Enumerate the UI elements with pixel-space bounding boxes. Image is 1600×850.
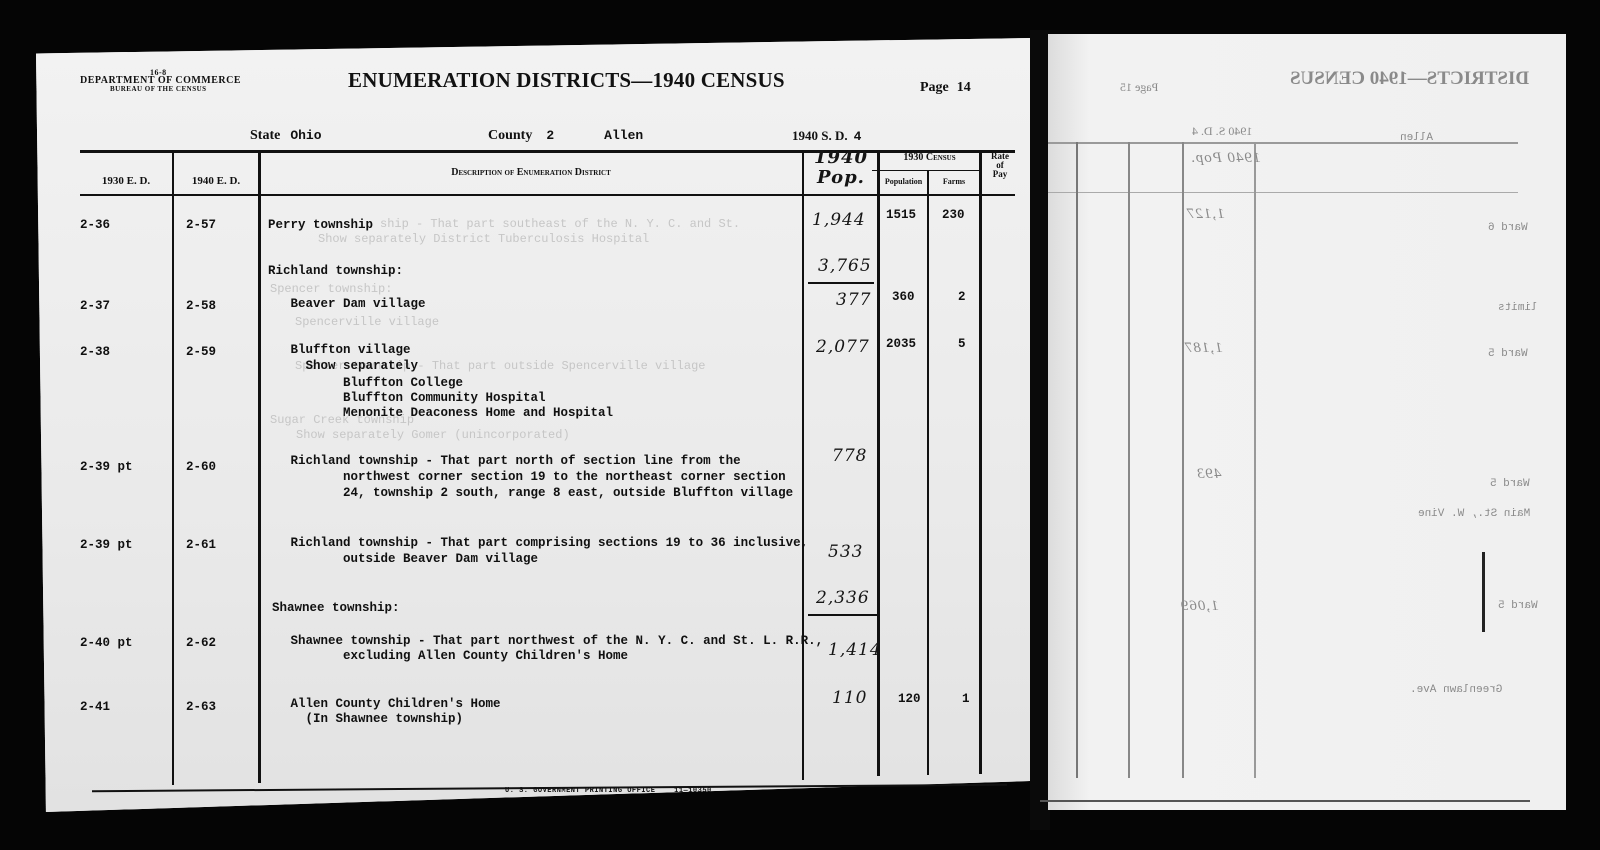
ed-1930: 2-39 pt: [80, 460, 133, 474]
description-line: Bluffton Community Hospital: [268, 391, 546, 405]
subtotal-underline: [808, 282, 874, 284]
header-bottom-rule: [80, 194, 1015, 196]
page-number-label: Page14: [920, 80, 971, 96]
ghost-text-line: ship - That part southeast of the N. Y. …: [380, 217, 740, 231]
county-number: 2: [546, 128, 554, 143]
right-col-divider: [1128, 142, 1130, 778]
mirrored-title: DISTRICTS—1940 CENSUS: [1290, 68, 1529, 90]
description-line: Perry township: [268, 218, 373, 232]
col-divider-2: [258, 150, 261, 783]
pop-1940-subtotal: 2,336: [816, 588, 870, 608]
description-line: northwest corner section 19 to the north…: [268, 470, 786, 484]
census-subheader-rule: [872, 170, 980, 171]
ghost-text-line: Show separately Gomer (unincorporated): [296, 428, 570, 442]
mirrored-value: 1,187: [1184, 340, 1223, 357]
page-label: Page: [920, 80, 949, 95]
col-divider-6: [979, 150, 982, 774]
page-number: 14: [957, 80, 971, 95]
ed-1940: 2-60: [186, 460, 216, 474]
printer-code: 11—10350: [674, 787, 712, 795]
right-col-divider: [1254, 142, 1256, 778]
pop-header-year: 1940: [805, 148, 877, 168]
ed-1930: 2-36: [80, 218, 110, 232]
right-page-sd: 1940 S. D. 4: [1192, 124, 1252, 139]
mirrored-pop-header: 1940 Pop.: [1190, 150, 1261, 167]
pop-header-label: Pop.: [805, 168, 877, 188]
mirrored-county: Allen: [1400, 132, 1433, 144]
mirrored-note: Ward 5: [1488, 348, 1528, 360]
mirrored-note: Main St., W. Vine: [1418, 508, 1530, 520]
description-line: Menonite Deaconess Home and Hospital: [268, 406, 613, 420]
right-col-divider: [1076, 142, 1078, 778]
printer-name: U. S. GOVERNMENT PRINTING OFFICE: [505, 787, 655, 795]
col-divider-3: [802, 150, 804, 780]
department-heading: 16-8 DEPARTMENT OF COMMERCE BUREAU OF TH…: [80, 76, 241, 94]
right-page-note: Greenlawn Ave.: [1410, 684, 1502, 696]
sd-value: 4: [854, 129, 862, 144]
description-line: Bluffton village: [268, 343, 411, 357]
col-header-description: Description of Enumeration District: [262, 167, 800, 178]
mirrored-page: Page 15: [1120, 80, 1158, 95]
col-divider-4: [877, 150, 880, 776]
ed-1930: 2-38: [80, 345, 110, 359]
pop-1940: 1,944: [812, 210, 866, 230]
right-page-value: 493: [1196, 466, 1222, 483]
pop-1940: 377: [836, 290, 871, 310]
pop-1940-subtotal: 3,765: [818, 256, 872, 276]
pop-1930: 2035: [886, 337, 916, 351]
right-page-number: Page 15: [1120, 80, 1158, 95]
mirrored-value: 1,127: [1186, 206, 1225, 223]
right-page-note: Ward 6: [1488, 222, 1528, 234]
farms-1930: 1: [962, 692, 970, 706]
description-line: excluding Allen County Children's Home: [268, 649, 628, 663]
county-field: County2Allen: [488, 128, 643, 144]
col-header-1940-ed: 1940 E. D.: [174, 175, 258, 187]
ed-1940: 2-59: [186, 345, 216, 359]
pop-1930: 120: [898, 692, 921, 706]
ed-1940: 2-62: [186, 636, 216, 650]
description-line: Beaver Dam village: [268, 297, 426, 311]
right-page-note: Ward 5: [1488, 348, 1528, 360]
mirrored-note: Ward 6: [1488, 222, 1528, 234]
col-header-farms: Farms: [929, 177, 979, 186]
right-page-note: Ward 5: [1490, 478, 1530, 490]
mirrored-sd: 1940 S. D. 4: [1192, 124, 1252, 139]
right-page-note: limits: [1498, 302, 1538, 314]
mirrored-note: limits: [1498, 302, 1538, 314]
pop-1940: 2,077: [816, 337, 870, 357]
description-line: Shawnee township - That part northwest o…: [268, 634, 823, 648]
col-divider-1: [172, 150, 174, 785]
book-gutter: [1030, 30, 1050, 830]
right-page-note: Ward 5: [1498, 600, 1538, 612]
description-line: Richland township - That part north of s…: [268, 454, 741, 468]
col-header-1930-census: 1930 Census: [880, 152, 979, 163]
right-col-divider: [1182, 142, 1184, 778]
pop-1940: 110: [832, 688, 867, 708]
col-header-1940-pop: 1940 Pop.: [805, 148, 877, 188]
right-page-value: 1,127: [1186, 206, 1225, 223]
ed-1940: 2-58: [186, 299, 216, 313]
right-page-title: DISTRICTS—1940 CENSUS: [1290, 68, 1529, 90]
description-line: Richland township - That part comprising…: [268, 536, 808, 550]
bureau-name: BUREAU OF THE CENSUS: [80, 85, 241, 94]
ed-1930: 2-41: [80, 700, 110, 714]
state-field: StateOhio: [250, 128, 322, 144]
page-title: ENUMERATION DISTRICTS—1940 CENSUS: [348, 68, 785, 93]
col-header-rate-of-pay: Rate of Pay: [982, 152, 1018, 179]
description-line: 24, township 2 south, range 8 east, outs…: [268, 486, 793, 500]
mirrored-value: 1,069: [1180, 598, 1219, 615]
mirrored-note: Ward 5: [1498, 600, 1538, 612]
ed-1940: 2-57: [186, 218, 216, 232]
right-page-bottom-rule: [1040, 800, 1530, 802]
sd-label: 1940 S. D.: [792, 128, 848, 143]
ed-1930: 2-39 pt: [80, 538, 133, 552]
right-page-value: 1,069: [1180, 598, 1219, 615]
ed-1930: 2-40 pt: [80, 636, 133, 650]
ghost-text-line: Spencer township:: [270, 282, 392, 296]
pop-1930: 360: [892, 290, 915, 304]
ed-1940: 2-61: [186, 538, 216, 552]
right-page-value: 1,187: [1184, 340, 1223, 357]
description-line: Shawnee township:: [272, 601, 400, 615]
county-name: Allen: [604, 128, 643, 143]
printer-imprint: U. S. GOVERNMENT PRINTING OFFICE 11—1035…: [505, 787, 712, 795]
farms-1930: 2: [958, 290, 966, 304]
col-divider-5: [927, 170, 929, 775]
description-line: Show separately: [268, 359, 418, 373]
right-page-pop-header: 1940 Pop.: [1190, 150, 1261, 167]
mirrored-note: Greenlawn Ave.: [1410, 684, 1502, 696]
description-line: outside Beaver Dam village: [268, 552, 538, 566]
description-line: Allen County Children's Home: [268, 697, 501, 711]
col-header-population: Population: [880, 177, 927, 186]
description-line: Richland township:: [268, 264, 403, 278]
subtotal-underline: [808, 614, 878, 616]
pop-1940: 533: [828, 542, 863, 562]
sd-field: 1940 S. D.4: [792, 128, 861, 144]
description-line: Bluffton College: [268, 376, 463, 390]
farms-1930: 230: [942, 208, 965, 222]
county-label: County: [488, 128, 532, 143]
mirrored-value: 493: [1196, 466, 1222, 483]
pop-1940: 1,414: [828, 640, 882, 660]
pop-1930: 1515: [886, 208, 916, 222]
film-scratch: [1482, 552, 1485, 632]
state-value: Ohio: [290, 128, 321, 143]
state-label: State: [250, 128, 280, 143]
ghost-text-line: Spencerville village: [295, 315, 439, 329]
ghost-text-line: Show separately District Tuberculosis Ho…: [318, 232, 649, 246]
col-header-1930-ed: 1930 E. D.: [80, 175, 172, 187]
right-page-header-rule: [1048, 192, 1518, 193]
right-page-top-rule: [1048, 142, 1518, 144]
right-page-note: Main St., W. Vine: [1418, 508, 1530, 520]
right-page-county: Allen: [1400, 132, 1433, 144]
farms-1930: 5: [958, 337, 966, 351]
description-line: (In Shawnee township): [268, 712, 463, 726]
ed-1930: 2-37: [80, 299, 110, 313]
pop-1940: 778: [832, 446, 867, 466]
ed-1940: 2-63: [186, 700, 216, 714]
form-number: 16-8: [150, 68, 167, 77]
mirrored-note: Ward 5: [1490, 478, 1530, 490]
pay-label: Pay: [982, 170, 1018, 179]
